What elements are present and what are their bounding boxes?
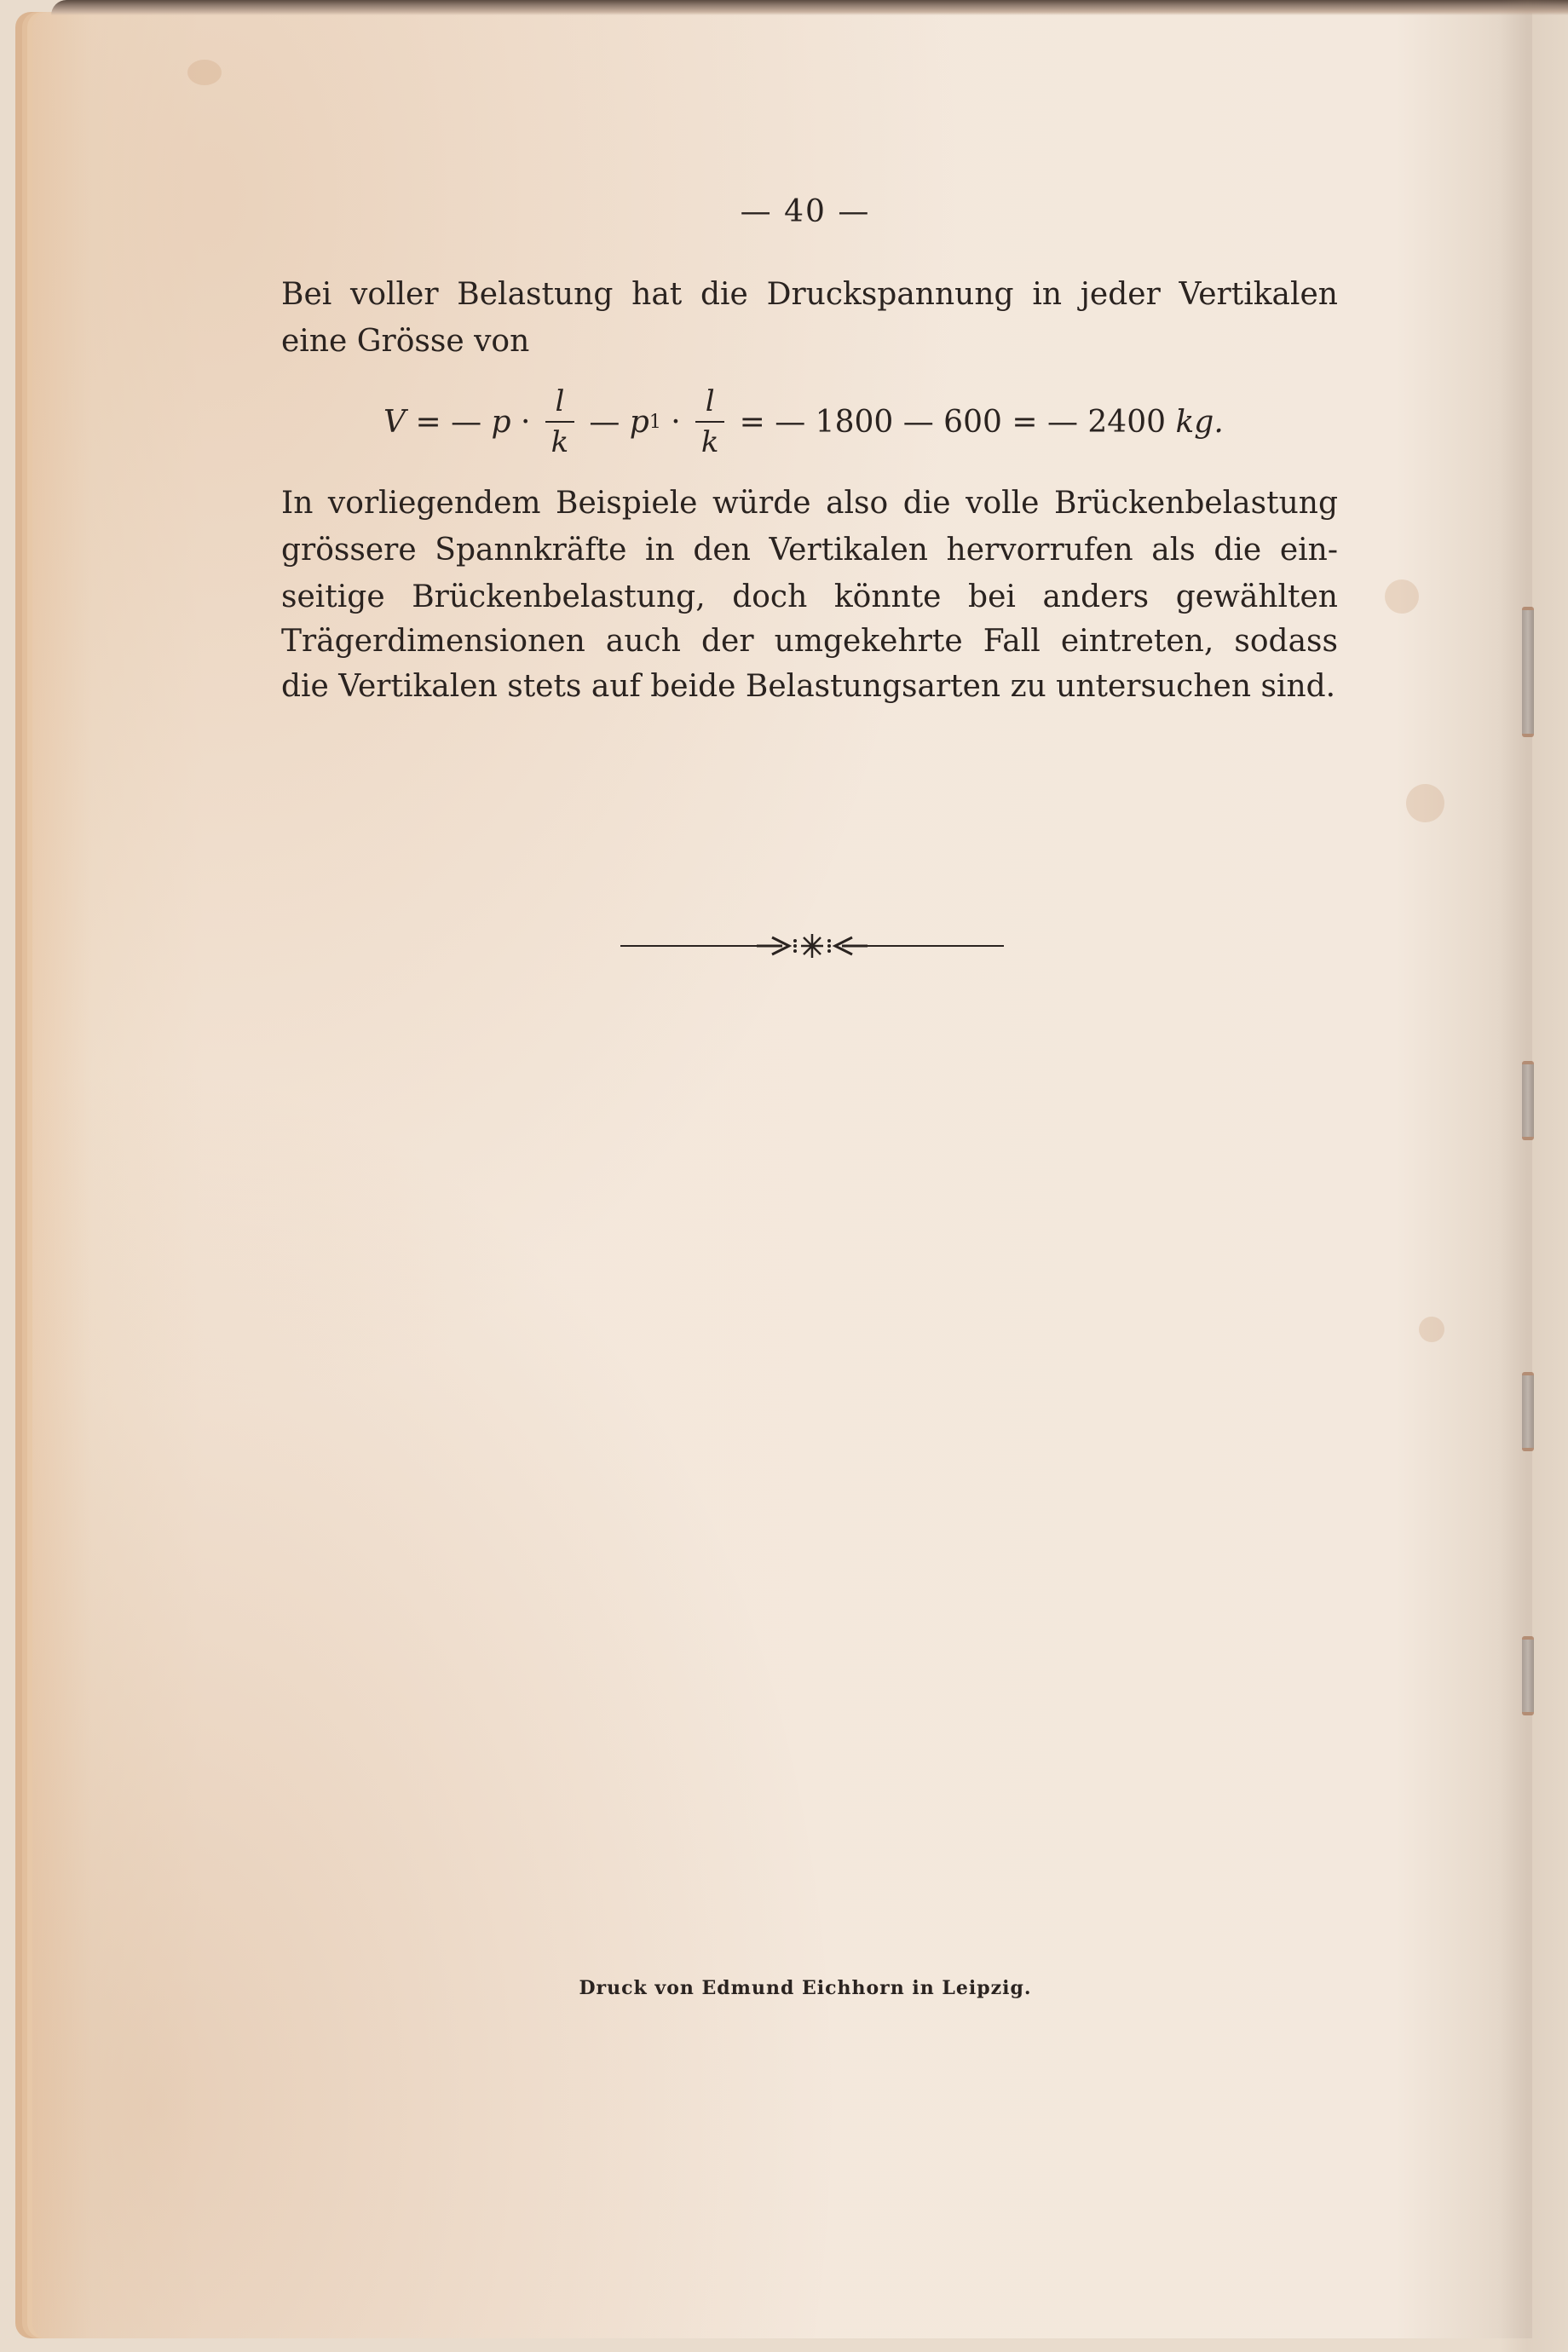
fraction-denominator: k — [701, 428, 719, 457]
paragraph2-line: Trägerdimensionen auch der umgekehrte Fa… — [281, 626, 1338, 657]
formula-unit: kg. — [1175, 405, 1223, 440]
foxing-spot — [1385, 579, 1419, 614]
formula-minus: — — [451, 405, 491, 440]
paragraph1-line: eine Grösse von — [281, 326, 1338, 357]
staple-icon — [1522, 607, 1534, 737]
fraction-bar — [545, 421, 574, 423]
formula-equals: = — [406, 405, 451, 440]
decorative-rule-ornament-icon — [620, 929, 1004, 963]
printer-imprint: Druck von Edmund Eichhorn in Leipzig. — [0, 1977, 1568, 1999]
paragraph2-line: die Vertikalen stets auf beide Belastung… — [281, 672, 1338, 702]
fraction-denominator: k — [551, 428, 569, 457]
staple-icon — [1522, 1636, 1534, 1715]
formula-lhs: V — [383, 405, 406, 440]
fraction-numerator: l — [706, 387, 715, 416]
formula-minus: — — [579, 405, 630, 440]
staple-icon — [1522, 1372, 1534, 1451]
foxing-spot — [1419, 1317, 1444, 1342]
binding-fold — [1500, 0, 1568, 2352]
formula-subscript: 1 — [649, 412, 661, 433]
formula-dot: · — [511, 405, 540, 440]
paragraph1-line: Bei voller Belastung hat die Druckspannu… — [281, 280, 1338, 310]
paragraph2-line: seitige Brückenbelastung, doch könnte be… — [281, 582, 1338, 613]
fraction-bar — [695, 421, 724, 423]
staple-icon — [1522, 1061, 1534, 1140]
page-number: — 40 — — [0, 194, 1568, 229]
formula-p1: p — [630, 405, 649, 440]
fraction-l-over-k: l k — [695, 387, 724, 457]
formula: V = — p · l k — p1 · l k = — 1800 — 600 … — [383, 375, 1287, 469]
formula-dot: · — [661, 405, 690, 440]
fraction-numerator: l — [555, 387, 564, 416]
fraction-l-over-k: l k — [545, 387, 574, 457]
formula-result: = — 1800 — 600 = — 2400 — [729, 405, 1175, 440]
paragraph2-line: grössere Spannkräfte in den Vertikalen h… — [281, 535, 1338, 566]
paragraph2-line: In vorliegendem Beispiele würde also die… — [281, 488, 1338, 519]
foxing-spot — [187, 60, 222, 85]
foxing-spot — [1406, 784, 1444, 822]
formula-p: p — [492, 405, 511, 440]
page-top-edge — [51, 0, 1568, 15]
